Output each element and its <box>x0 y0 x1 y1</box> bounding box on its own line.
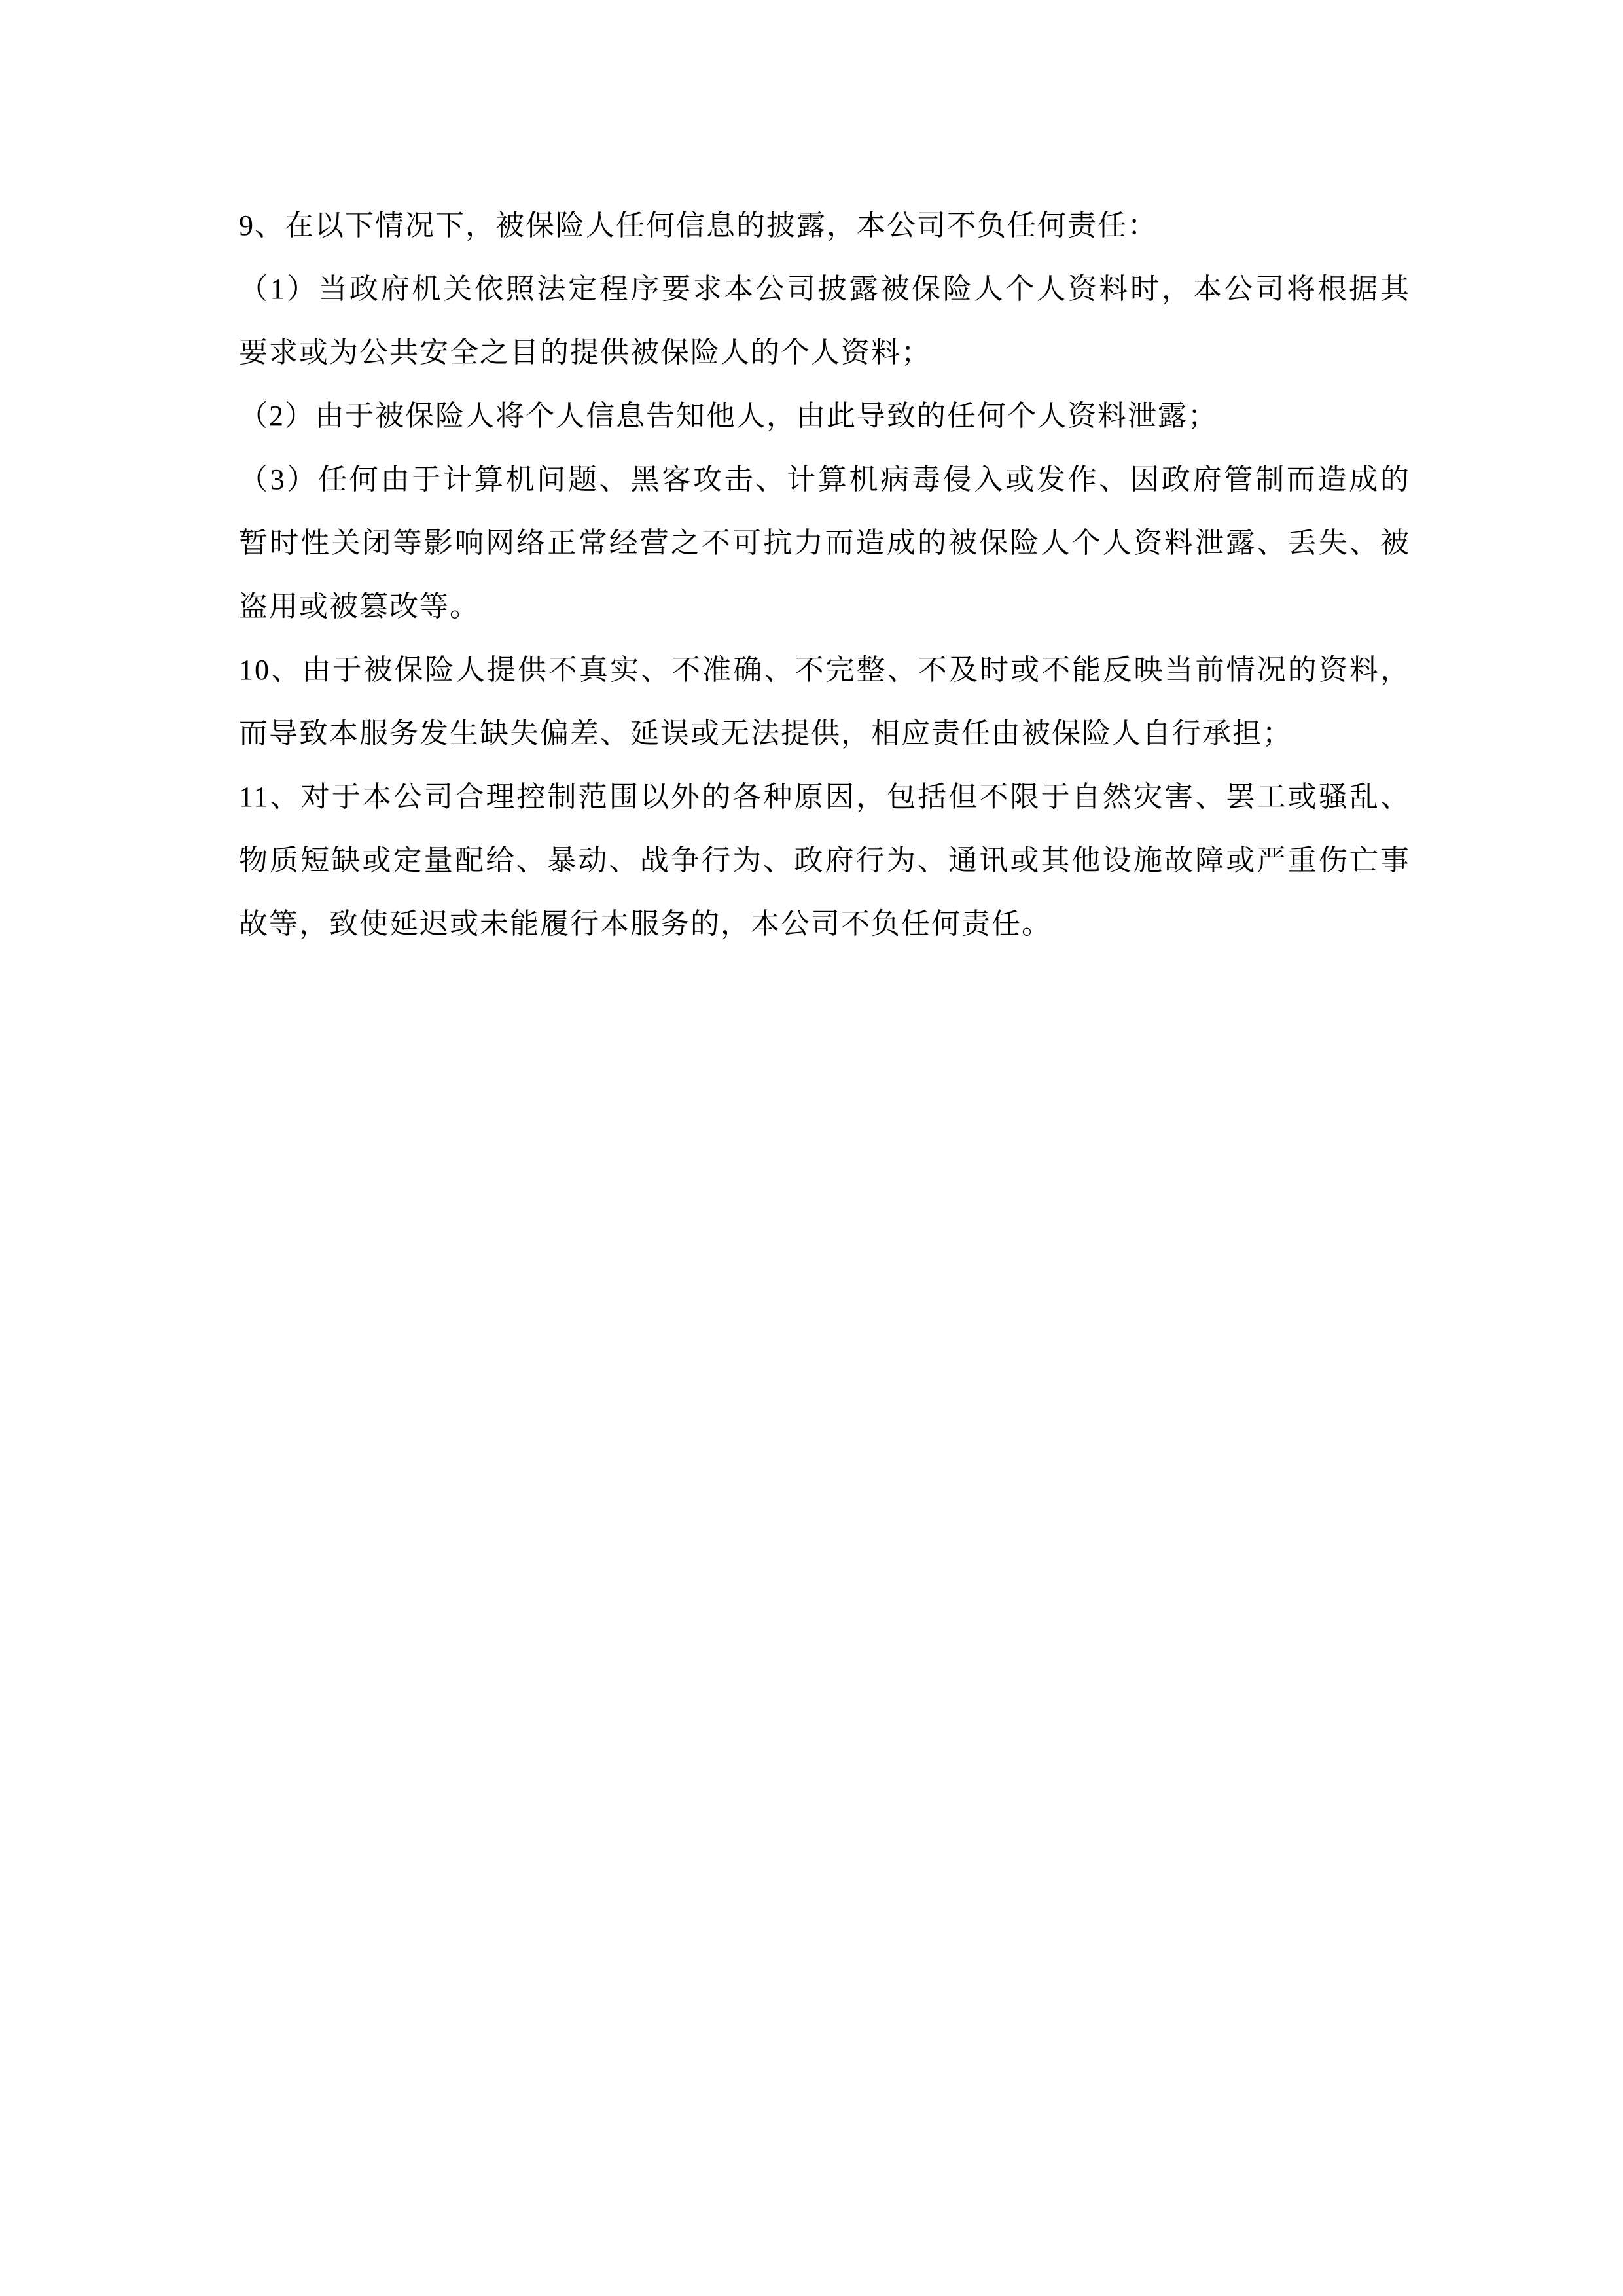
clause-9-item-3: （3）任何由于计算机问题、黑客攻击、计算机病毒侵入或发作、因政府管制而造成的 暂… <box>239 448 1410 638</box>
clause-9-item-1: （1）当政府机关依照法定程序要求本公司披露被保险人个人资料时，本公司将根据其 要… <box>239 257 1410 384</box>
clause-9-item-2: （2）由于被保险人将个人信息告知他人，由此导致的任何个人资料泄露； <box>239 384 1410 448</box>
text-line: （1）当政府机关依照法定程序要求本公司披露被保险人个人资料时，本公司将根据其 <box>239 257 1410 321</box>
clause-10: 10、由于被保险人提供不真实、不准确、不完整、不及时或不能反映当前情况的资料， … <box>239 638 1410 765</box>
text-line: 10、由于被保险人提供不真实、不准确、不完整、不及时或不能反映当前情况的资料， <box>239 638 1410 702</box>
clause-11: 11、对于本公司合理控制范围以外的各种原因，包括但不限于自然灾害、罢工或骚乱、 … <box>239 765 1410 956</box>
text-line: 故等，致使延迟或未能履行本服务的，本公司不负任何责任。 <box>239 892 1410 956</box>
text-line: 而导致本服务发生缺失偏差、延误或无法提供，相应责任由被保险人自行承担； <box>239 702 1410 765</box>
text-line: 暂时性关闭等影响网络正常经营之不可抗力而造成的被保险人个人资料泄露、丢失、被 <box>239 511 1410 575</box>
text-line: （2）由于被保险人将个人信息告知他人，由此导致的任何个人资料泄露； <box>239 384 1410 448</box>
text-line: 物质短缺或定量配给、暴动、战争行为、政府行为、通讯或其他设施故障或严重伤亡事 <box>239 829 1410 892</box>
text-line: 9、在以下情况下，被保险人任何信息的披露，本公司不负任何责任： <box>239 194 1410 257</box>
text-line: 盗用或被篡改等。 <box>239 575 1410 638</box>
text-line: 要求或为公共安全之目的提供被保险人的个人资料； <box>239 321 1410 384</box>
document-page: 9、在以下情况下，被保险人任何信息的披露，本公司不负任何责任： （1）当政府机关… <box>0 0 1623 2296</box>
document-body: 9、在以下情况下，被保险人任何信息的披露，本公司不负任何责任： （1）当政府机关… <box>239 194 1410 956</box>
text-line: （3）任何由于计算机问题、黑客攻击、计算机病毒侵入或发作、因政府管制而造成的 <box>239 448 1410 511</box>
text-line: 11、对于本公司合理控制范围以外的各种原因，包括但不限于自然灾害、罢工或骚乱、 <box>239 765 1410 829</box>
clause-9-intro: 9、在以下情况下，被保险人任何信息的披露，本公司不负任何责任： <box>239 194 1410 257</box>
